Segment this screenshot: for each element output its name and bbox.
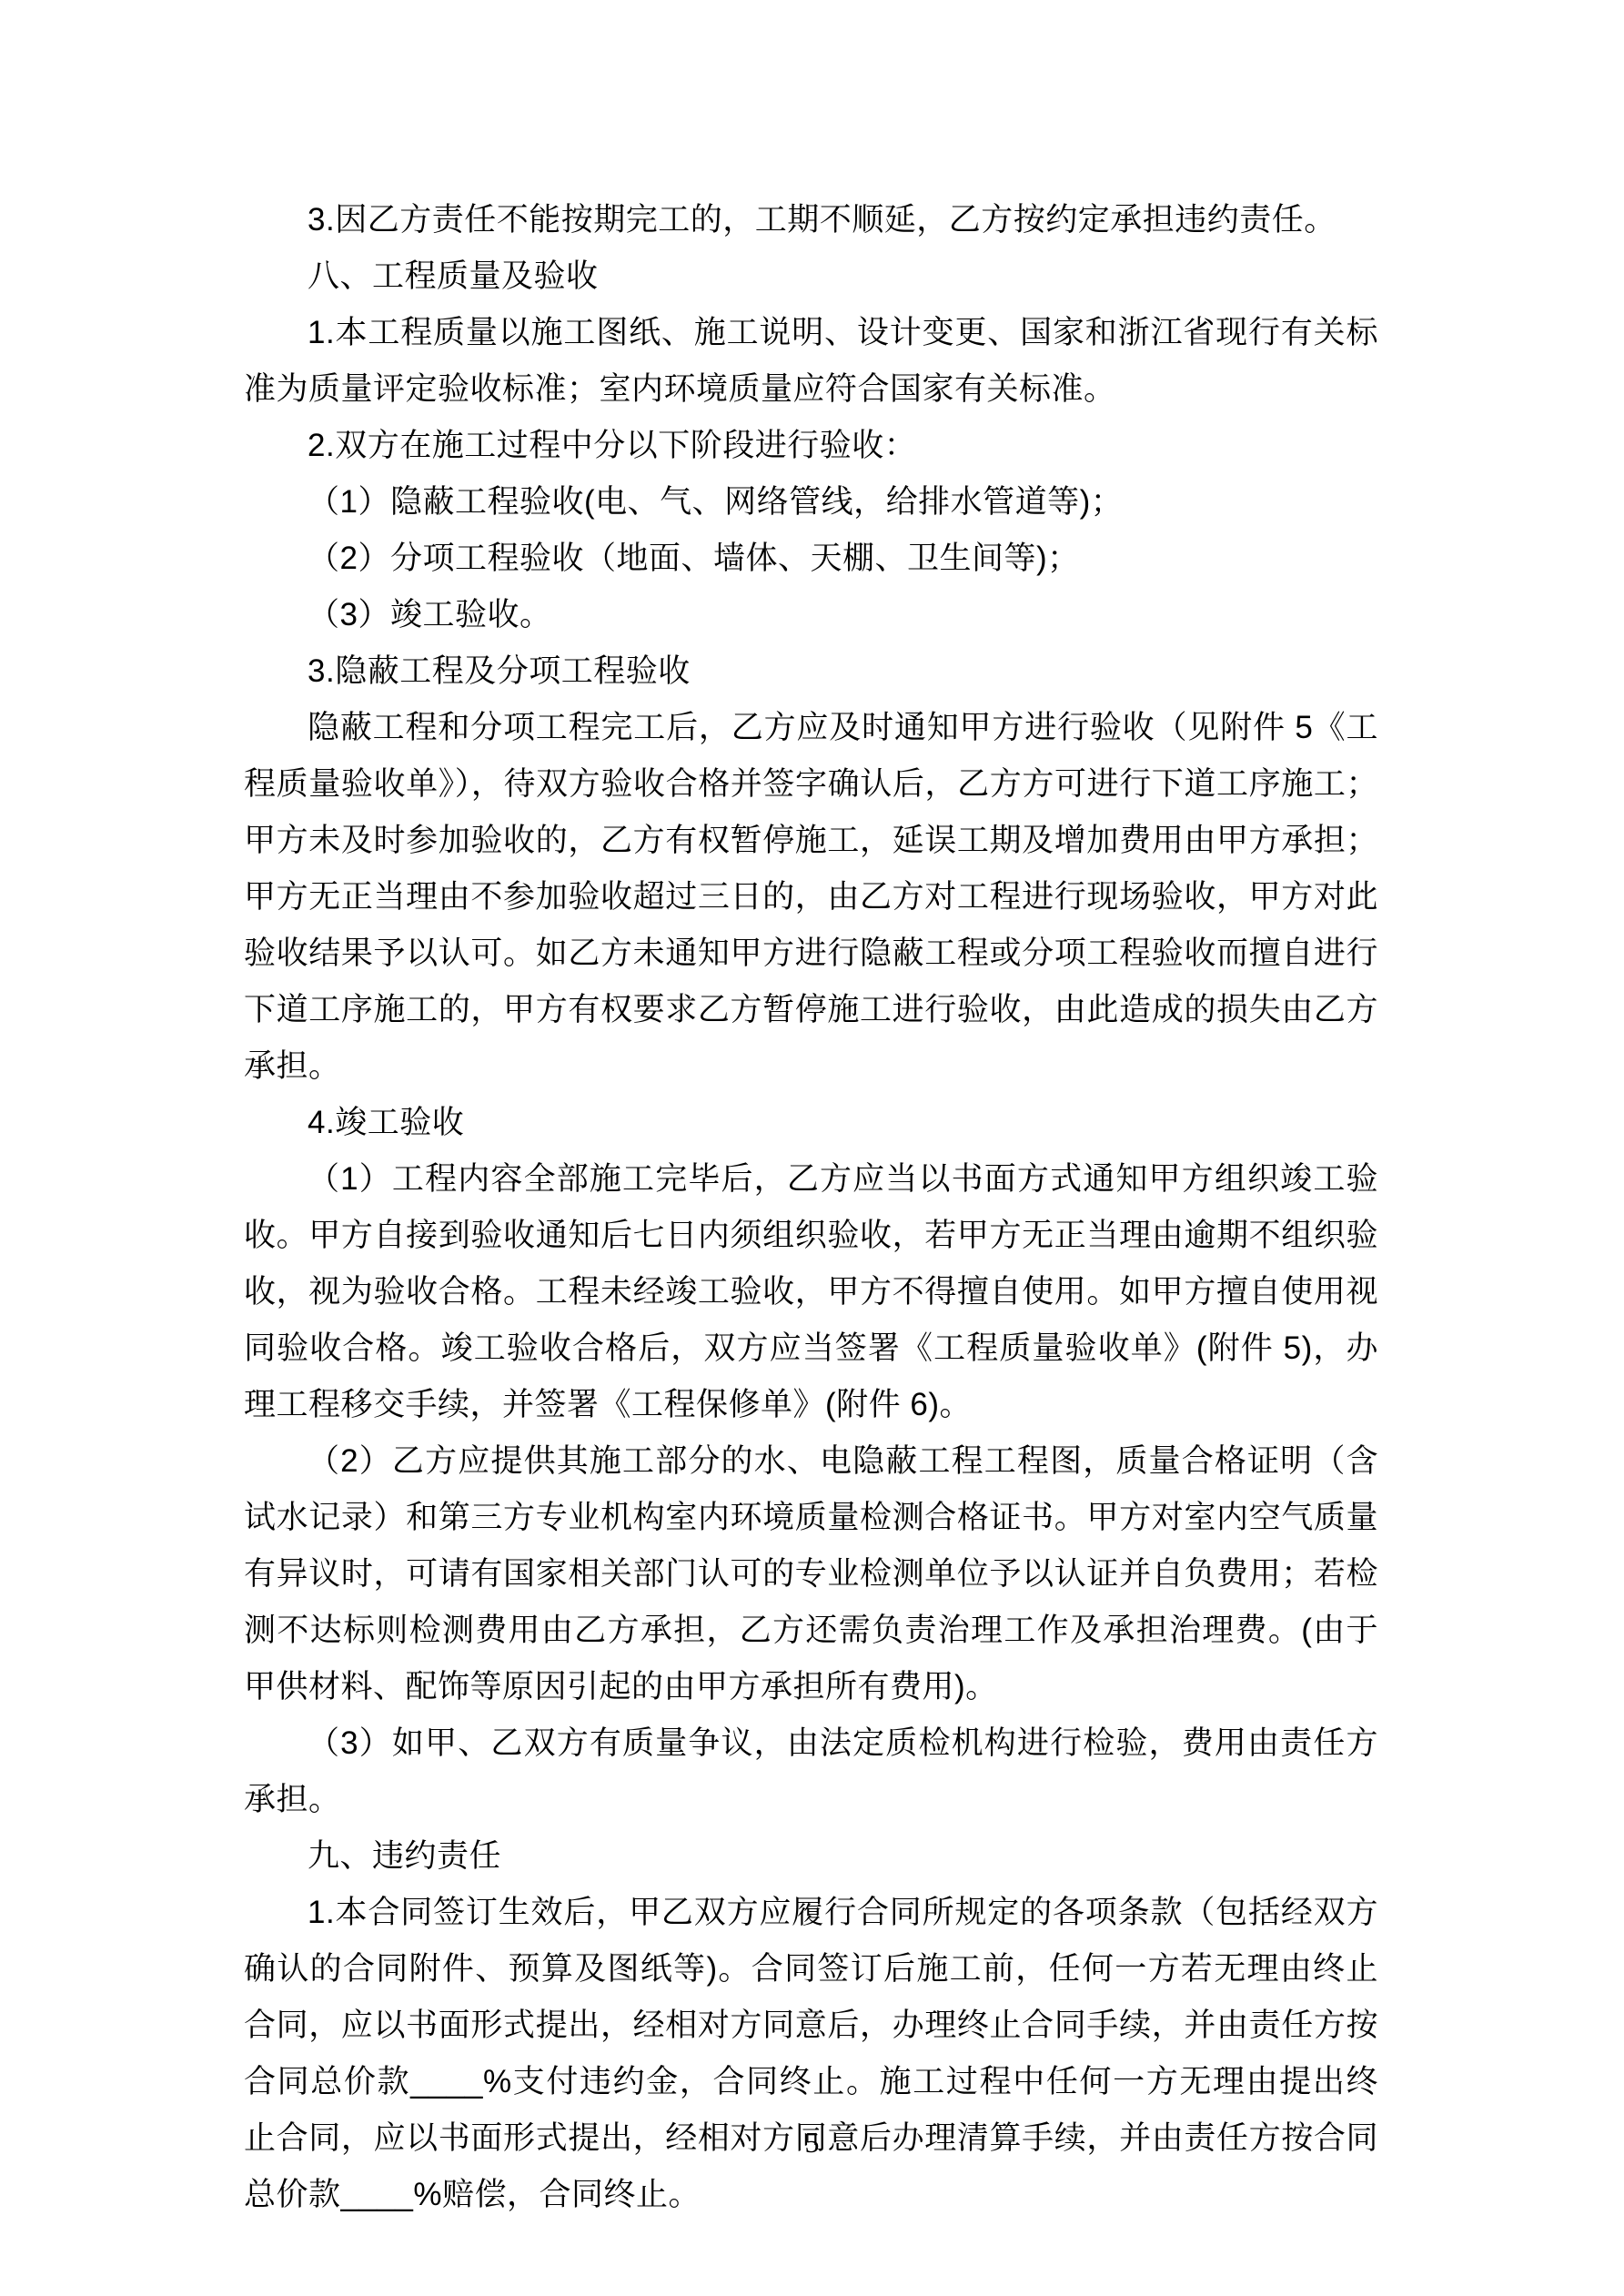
stage-item-concealed-works: （1）隐蔽工程验收(电、气、网络管线，给排水管道等)；: [244, 474, 1378, 531]
page-number: 5: [0, 2120, 1624, 2164]
clause-acceptance-stages: 2.双方在施工过程中分以下阶段进行验收：: [244, 418, 1378, 474]
clause-breach-termination-terms: 1.本合同签订生效后，甲乙双方应履行合同所规定的各项条款（包括经双方确认的合同附…: [244, 1885, 1378, 2223]
contract-document-page: 3.因乙方责任不能按期完工的，工期不顺延，乙方按约定承担违约责任。 八、工程质量…: [0, 0, 1624, 2296]
section-heading-quality-acceptance: 八、工程质量及验收: [244, 248, 1378, 305]
clause-concealed-divisional-title: 3.隐蔽工程及分项工程验收: [244, 643, 1378, 700]
clause-quality-standard: 1.本工程质量以施工图纸、施工说明、设计变更、国家和浙江省现行有关标准为质量评定…: [244, 305, 1378, 418]
contract-body-text: 3.因乙方责任不能按期完工的，工期不顺延，乙方按约定承担违约责任。 八、工程质量…: [244, 192, 1378, 2223]
completion-acceptance-item-3: （3）如甲、乙双方有质量争议，由法定质检机构进行检验，费用由责任方承担。: [244, 1715, 1378, 1828]
clause-concealed-divisional-detail: 隐蔽工程和分项工程完工后，乙方应及时通知甲方进行验收（见附件 5《工程质量验收单…: [244, 700, 1378, 1095]
clause-delay-liability: 3.因乙方责任不能按期完工的，工期不顺延，乙方按约定承担违约责任。: [244, 192, 1378, 248]
section-heading-breach-liability: 九、违约责任: [244, 1828, 1378, 1885]
stage-item-divisional-works: （2）分项工程验收（地面、墙体、天棚、卫生间等)；: [244, 531, 1378, 587]
completion-acceptance-item-1: （1）工程内容全部施工完毕后，乙方应当以书面方式通知甲方组织竣工验收。甲方自接到…: [244, 1151, 1378, 1433]
stage-item-completion-acceptance: （3）竣工验收。: [244, 587, 1378, 643]
clause-completion-acceptance-title: 4.竣工验收: [244, 1095, 1378, 1151]
completion-acceptance-item-2: （2）乙方应提供其施工部分的水、电隐蔽工程工程图，质量合格证明（含试水记录）和第…: [244, 1433, 1378, 1715]
